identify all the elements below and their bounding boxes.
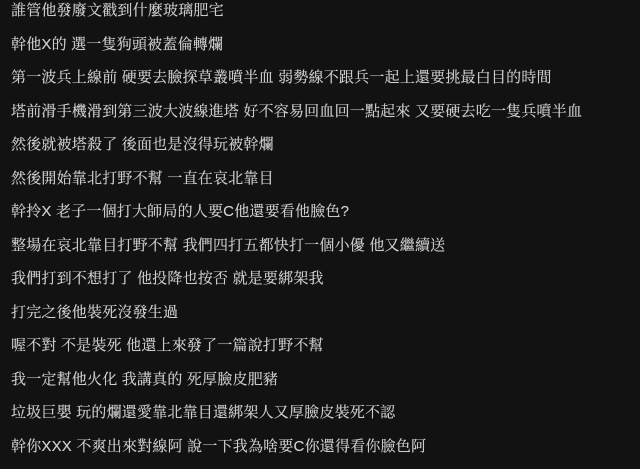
post-line: 垃圾巨嬰 玩的爛還愛靠北靠目還綁架人又厚臉皮裝死不認: [11, 404, 626, 422]
post-line: 第一波兵上線前 硬要去臉探草叢噴半血 弱勢線不跟兵一起上還要挑最白目的時間: [11, 69, 626, 87]
post-line: 然後就被塔殺了 後面也是沒得玩被幹爛: [11, 136, 626, 154]
post-line: 打完之後他裝死沒發生過: [11, 304, 626, 322]
post-line: 然後開始靠北打野不幫 一直在哀北靠目: [11, 170, 626, 188]
post-body: 誰管他發廢文戳到什麼玻璃肥宅 幹他X的 選一隻狗頭被蓋倫轉爛 第一波兵上線前 硬…: [0, 0, 640, 469]
post-line: 我一定幫他火化 我講真的 死厚臉皮肥豬: [11, 371, 626, 389]
post-line: 幹拎X 老子一個打大師局的人要C他還要看他臉色?: [11, 203, 626, 221]
post-line: 幹他X的 選一隻狗頭被蓋倫轉爛: [11, 36, 626, 54]
post-line: 我們打到不想打了 他投降也按否 就是要綁架我: [11, 270, 626, 288]
post-line: 塔前滑手機滑到第三波大波線進塔 好不容易回血回一點起來 又要硬去吃一隻兵噴半血: [11, 103, 626, 121]
post-line: 喔不對 不是裝死 他還上來發了一篇說打野不幫: [11, 337, 626, 355]
post-line: 幹你XXX 不爽出來對線阿 說一下我為啥要C你還得看你臉色阿: [11, 438, 626, 456]
post-line: 整場在哀北靠目打野不幫 我們四打五都快打一個小優 他又繼續送: [11, 237, 626, 255]
post-line: 誰管他發廢文戳到什麼玻璃肥宅: [11, 2, 626, 20]
